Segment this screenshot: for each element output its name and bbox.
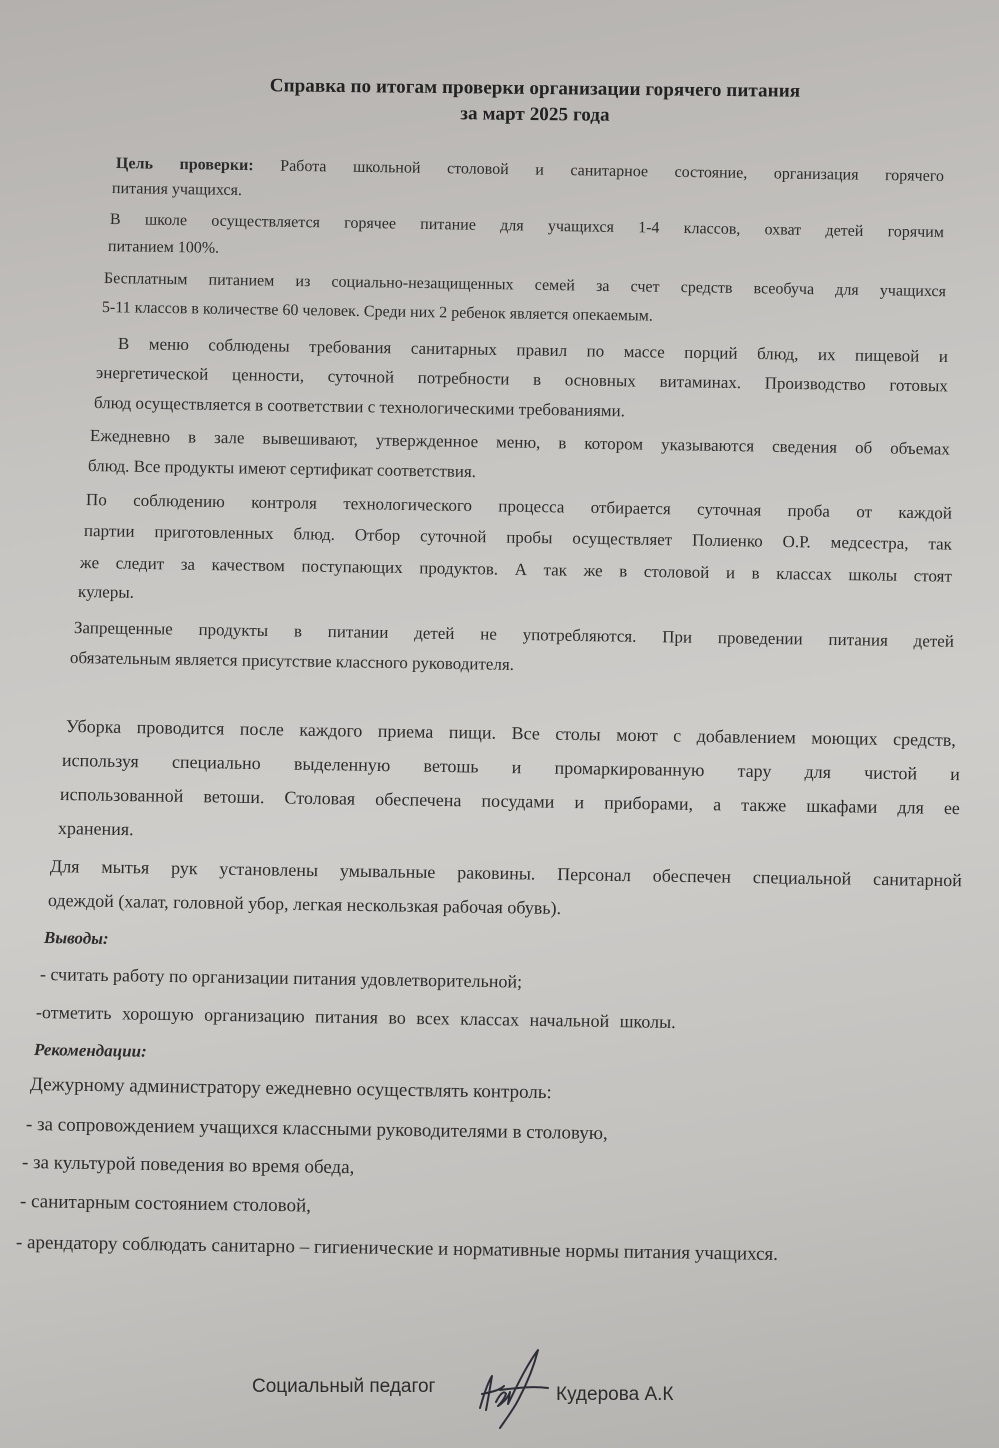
paragraph-line: обязательным является присутствие классн… (70, 648, 514, 675)
document-title-line2: за март 2025 года (190, 100, 880, 129)
recommendation-item: - за культурой поведения во время обеда, (22, 1152, 355, 1179)
paragraph-line: Запрещенные продукты в питании детей не … (74, 618, 954, 652)
purpose-label: Цель проверки: (116, 155, 254, 174)
conclusion-item: -отметить хорошую организацию питания во… (36, 1002, 676, 1033)
paragraph-line: По соблюдению контроля технологического … (86, 490, 952, 524)
paragraph-line: Бесплатным питанием из социально-незащищ… (104, 270, 946, 301)
purpose-text: Работа школьной столовой и санитарное со… (280, 158, 944, 185)
paragraph-line: использованной ветоши. Столовая обеспече… (60, 784, 960, 819)
paragraph-line: В меню соблюдены требования санитарных п… (118, 334, 948, 367)
recommendations-heading: Рекомендации: (34, 1040, 147, 1062)
paragraph-line: кулеры. (78, 582, 134, 603)
paragraph-line: энергетической ценности, суточной потреб… (96, 363, 948, 396)
recommendation-item: - арендатору соблюдать санитарно – гигие… (16, 1232, 778, 1266)
signature-position: Социальный педагог (252, 1376, 435, 1398)
paragraph-line: В школе осуществляется горячее питание д… (110, 211, 944, 242)
paragraph-line: Ежедневно в зале вывешивают, утвержденно… (90, 426, 950, 460)
paragraph-line: хранения. (58, 818, 134, 840)
purpose-line2: питания учащихся. (112, 180, 242, 200)
recommendation-item: - санитарным состоянием столовой, (20, 1191, 311, 1218)
conclusion-item: - считать работу по организации питания … (40, 964, 522, 993)
paragraph-line: же следит за качеством поступающих проду… (80, 553, 952, 587)
paragraph-line: одеждой (халат, головной убор, легкая не… (48, 890, 561, 919)
conclusions-heading: Выводы: (44, 928, 109, 949)
paragraph-line: блюд. Все продукты имеют сертификат соот… (88, 456, 476, 482)
paragraph-line: Уборка проводится после каждого приема п… (66, 716, 956, 751)
paragraph-line: партии приготовленных блюд. Отбор суточн… (84, 521, 952, 555)
recommendation-item: - за сопровождением учащихся классными р… (26, 1114, 608, 1145)
paragraph-line: Для мытья рук установлены умывальные рак… (50, 856, 962, 891)
handwritten-signature-icon (470, 1342, 560, 1432)
document-title-line1: Справка по итогам проверки организации г… (190, 74, 880, 103)
paragraph-line: блюд осуществляется в соответствии с тех… (94, 393, 625, 421)
paragraph-line: используя специально выделенную ветошь и… (62, 750, 960, 785)
paragraph-line: питанием 100%. (108, 238, 219, 258)
signature-name: Кудерова А.К (556, 1384, 673, 1406)
paragraph-line: 5-11 классов в количестве 60 человек. Ср… (102, 299, 653, 326)
document-page: Справка по итогам проверки организации г… (0, 0, 999, 1448)
recommendations-intro: Дежурному администратору ежедневно осуще… (30, 1074, 552, 1104)
